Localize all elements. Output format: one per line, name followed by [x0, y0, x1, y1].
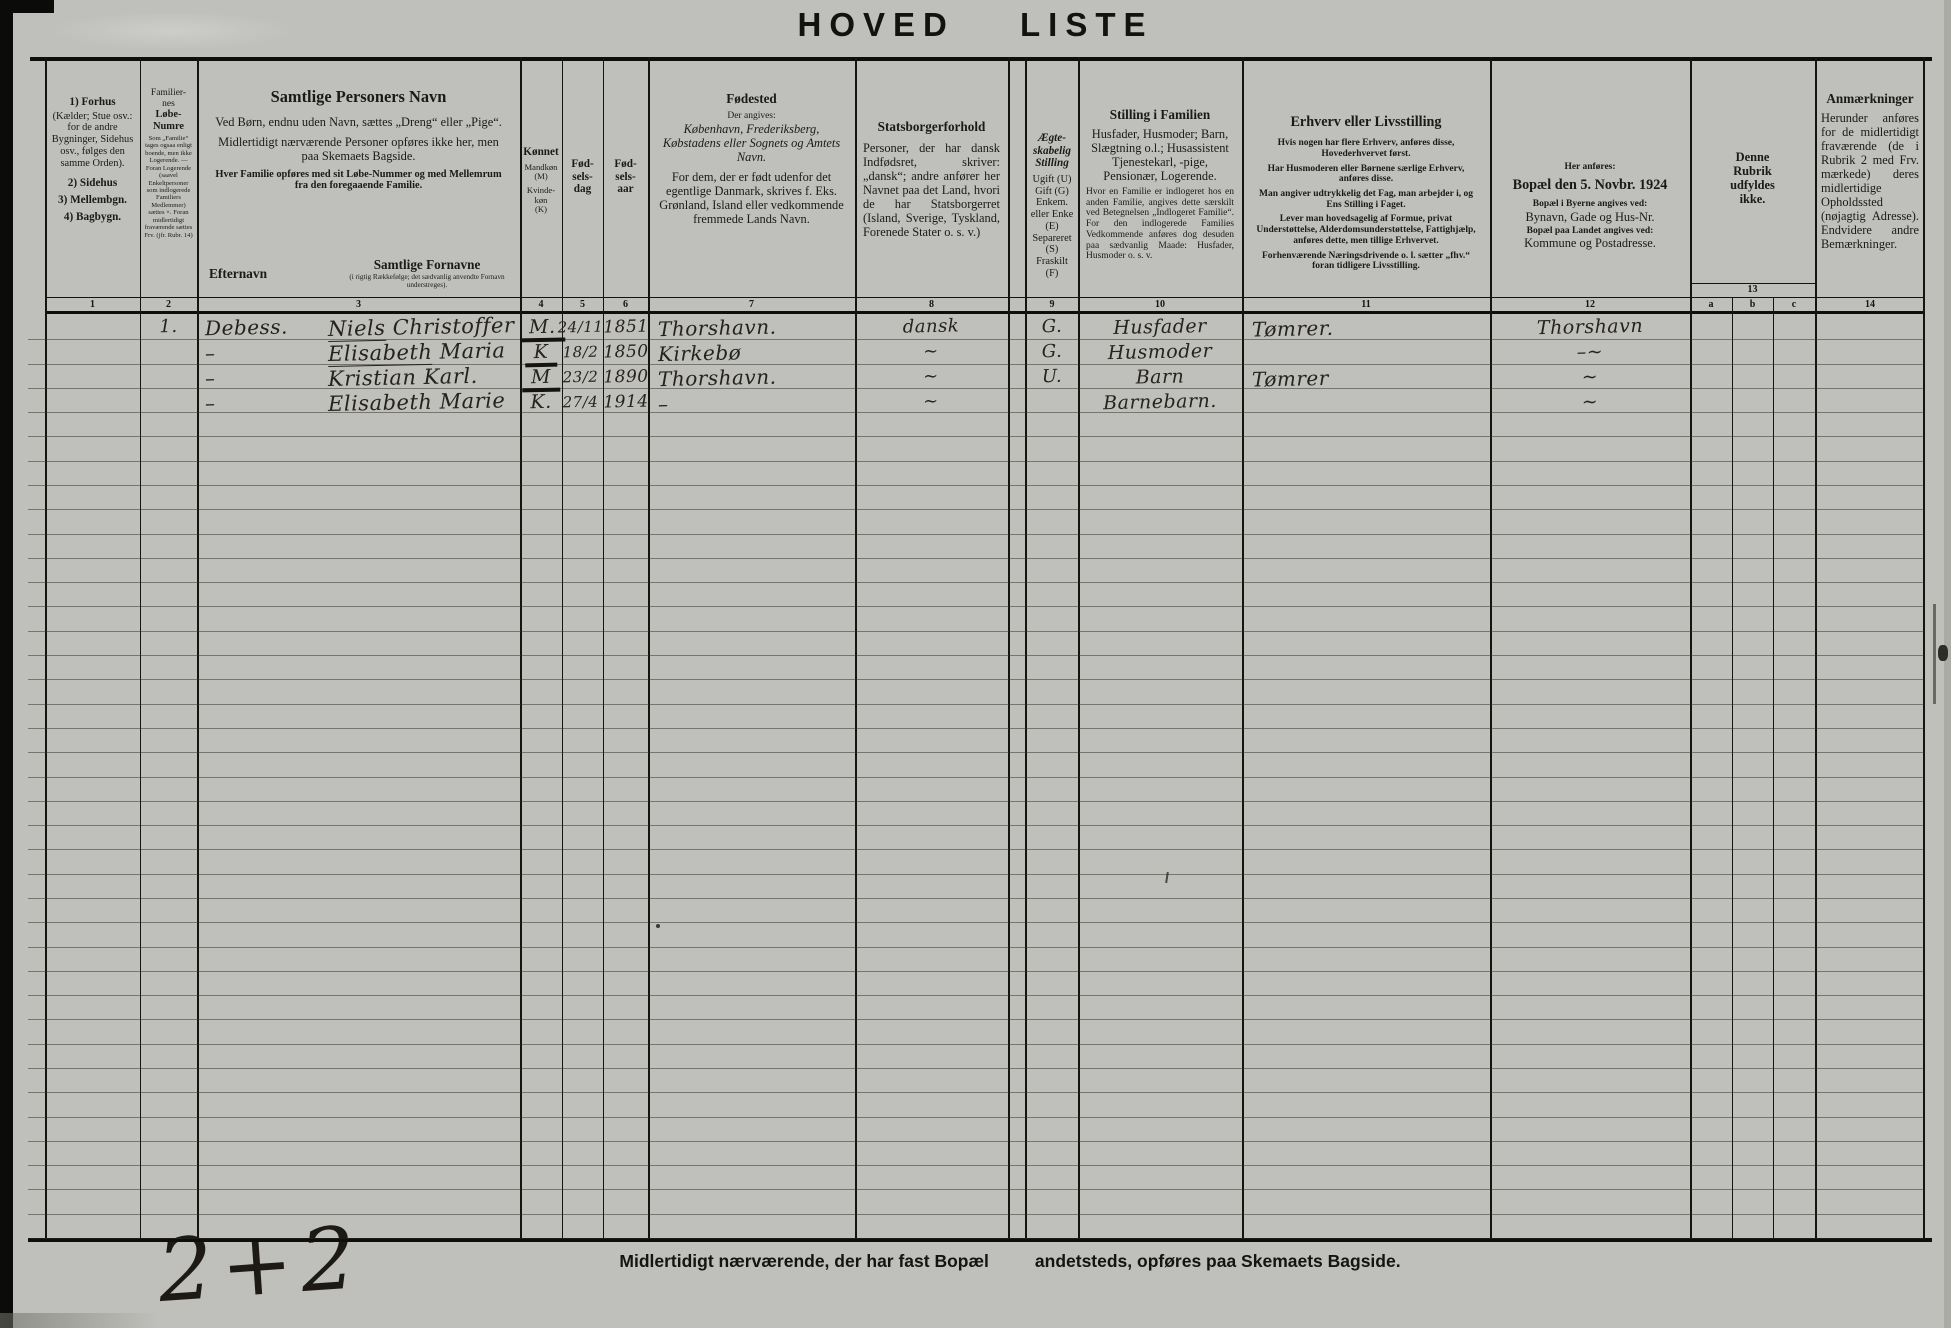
col7-p1: København, Frederiksberg, Købstadens ell… — [658, 122, 845, 164]
hw-erhverv: Tømrer. — [1252, 312, 1490, 343]
body-row-line — [28, 898, 1924, 899]
body-row-line — [28, 1189, 1924, 1190]
body-row-line — [28, 849, 1924, 850]
body-row-line — [28, 655, 1924, 656]
col11-header-erhverv: Erhverv eller Livsstilling Hvis nogen ha… — [1242, 62, 1490, 297]
hw-lobenr: 1. — [142, 313, 196, 340]
hw-aar: 1850 — [601, 338, 652, 365]
col7-header-fodested: Fødested Der angives: København, Frederi… — [648, 62, 855, 297]
hw-efternavn: – — [205, 338, 328, 367]
col7-p2: For dem, der er født udenfor det egentli… — [658, 170, 845, 226]
col6-header-fodselsaar: Fød- sels- aar — [603, 62, 648, 297]
table-vline — [1242, 57, 1244, 1238]
scan-blob — [1938, 645, 1948, 661]
table-vline — [520, 57, 522, 1238]
body-row-line — [28, 704, 1924, 705]
body-row-line — [28, 995, 1924, 996]
col1-item4: 4) Bagbygn. — [49, 211, 136, 224]
col2-title1: Familier- nes — [144, 88, 193, 109]
body-row-line — [28, 558, 1924, 559]
hw-stilling: Barnebarn. — [1078, 387, 1243, 416]
hw-aar: 1851 — [601, 313, 652, 340]
col9-p1: Ugift (U) Gift (G) Enkem. eller Enke (E)… — [1030, 174, 1074, 280]
body-row-line — [28, 1092, 1924, 1093]
col5-header-fodselsdag: Fød- sels- dag — [562, 62, 603, 297]
hw-aegteskab: U. — [1026, 363, 1079, 390]
col3-p3: Hver Familie opføres med sit Løbe-Nummer… — [211, 169, 506, 193]
hw-efternavn: – — [205, 388, 328, 417]
table-vline — [1773, 297, 1774, 1238]
col4-mandkon: Mandkøn (M) — [521, 163, 561, 182]
body-row-line — [28, 922, 1924, 923]
table-vline — [603, 57, 604, 1238]
col13-title: Denne Rubrik udfyldes ikke. — [1694, 150, 1811, 206]
page-title: HOVED LISTE — [0, 6, 1951, 44]
body-row-line — [28, 436, 1924, 437]
table-vline — [140, 57, 141, 1238]
hw-efternavn: – — [205, 363, 328, 392]
body-row-line — [28, 1068, 1924, 1069]
body-row-line — [28, 728, 1924, 729]
col13-sub-rule — [1690, 283, 1815, 284]
table-vline — [1008, 57, 1010, 1238]
col5-title: Fød- sels- dag — [566, 158, 599, 196]
col9-title: Ægte- skabelig Stilling — [1030, 132, 1074, 170]
tally-handwritten: 2+2 — [155, 1215, 366, 1315]
col10-header-stilling: Stilling i Familien Husfader, Husmoder; … — [1078, 62, 1242, 297]
table-vline — [1025, 57, 1027, 1238]
col8-title: Statsborgerforhold — [863, 120, 1000, 135]
table-vline — [1732, 297, 1733, 1238]
hw-dag: 27/4 — [557, 389, 605, 416]
body-row-line — [28, 509, 1924, 510]
hw-efternavn: Debess. — [205, 313, 328, 342]
census-form-scan: HOVED LISTE 1) Forhus (Kælder; Stue osv.… — [0, 0, 1951, 1328]
body-row-line — [28, 1238, 1924, 1239]
table-vline — [197, 57, 199, 1238]
col3-fornavne-note: (i rigtig Rækkefølge; det sædvanlig anve… — [347, 273, 507, 289]
col1-header-forhus: 1) Forhus (Kælder; Stue osv.: for de and… — [45, 62, 140, 297]
col11-p1: Hvis nogen har flere Erhverv, anføres di… — [1254, 138, 1478, 159]
col4-header-konnet: Kønnet Mandkøn (M) Kvinde- køn (K) — [520, 62, 562, 297]
footer-note: Midlertidigt nærværende, der har fast Bo… — [540, 1251, 1480, 1272]
body-row-line — [28, 485, 1924, 486]
body-row-line — [28, 606, 1924, 607]
table-vline — [648, 57, 650, 1238]
body-row-line — [28, 777, 1924, 778]
hw-bopael: ∼ — [1490, 387, 1691, 417]
hw-statsborger: ∼ — [855, 387, 1008, 416]
col12-p2: Bynavn, Gade og Hus-Nr. — [1500, 210, 1680, 224]
col12-p4: Kommune og Postadresse. — [1500, 236, 1680, 250]
body-row-line — [28, 1044, 1924, 1045]
body-row-line — [28, 947, 1924, 948]
hw-dag: 24/11 — [557, 314, 605, 341]
col4-kvindekon: Kvinde- køn (K) — [521, 186, 561, 215]
col12-p3: Bopæl paa Landet angives ved: — [1500, 226, 1680, 237]
col11-p4: Lever man hovedsagelig af Formue, privat… — [1254, 214, 1478, 246]
col11-p2: Har Husmoderen eller Børnene særlige Erh… — [1254, 164, 1478, 185]
scan-bottom-shadow — [0, 1313, 160, 1328]
col1-item1: 1) Forhus — [49, 96, 136, 109]
col14-header-anmaerkninger: Anmærkninger Herunder anføres for de mid… — [1815, 62, 1925, 297]
body-row-line — [28, 1165, 1924, 1166]
body-row-line — [28, 679, 1924, 680]
col1-item3: 3) Mellembgn. — [49, 194, 136, 207]
hw-fornavne-underlined: Elisabeth — [328, 340, 433, 367]
table-vline — [45, 57, 47, 1238]
col4-title: Kønnet — [521, 146, 561, 159]
body-row-line — [28, 1019, 1924, 1020]
col8-header-statsborgerforhold: Statsborgerforhold Personer, der har dan… — [855, 62, 1008, 297]
col12-sub: Her anføres: — [1500, 162, 1680, 173]
hw-aar: 1890 — [601, 363, 652, 390]
hw-aegteskab: G. — [1026, 313, 1079, 340]
header-number-rule — [45, 297, 1924, 298]
body-row-line — [28, 801, 1924, 802]
col1-item1-note: (Kælder; Stue osv.: for de andre Bygning… — [49, 111, 136, 170]
col6-title: Fød- sels- aar — [607, 158, 644, 196]
footer-note-right: andetsteds, opføres paa Skemaets Bagside… — [1035, 1251, 1401, 1272]
col3-fornavne-label: Samtlige Fornavne — [347, 258, 507, 273]
table-vline — [1923, 57, 1925, 1238]
table-vline — [562, 57, 563, 1238]
col12-p1: Bopæl i Byerne angives ved: — [1500, 199, 1680, 210]
body-row-line — [28, 825, 1924, 826]
hw-erhverv: Tømrer — [1252, 362, 1490, 393]
table-vline — [1815, 57, 1817, 1238]
body-row-line — [28, 1117, 1924, 1118]
body-row-line — [28, 1214, 1924, 1215]
hw-aegteskab: G. — [1026, 338, 1079, 365]
col3-title: Samtlige Personers Navn — [211, 88, 506, 107]
body-row-line — [28, 1141, 1924, 1142]
col3-p1: Ved Børn, endnu uden Navn, sættes „Dreng… — [211, 115, 506, 129]
col14-title: Anmærkninger — [1821, 92, 1919, 107]
table-top-rule — [30, 57, 1932, 61]
table-vline — [1490, 57, 1492, 1238]
col3-fornavne-block: Samtlige Fornavne (i rigtig Rækkefølge; … — [347, 258, 507, 289]
hw-aar: 1914 — [601, 388, 652, 415]
col10-p2: Hvor en Familie er indlogeret hos en and… — [1086, 187, 1234, 262]
body-row-line — [28, 752, 1924, 753]
colnum-13: 13 — [1690, 284, 1815, 297]
body-row-line — [28, 582, 1924, 583]
col11-p5: Forhenværende Næringsdrivende o. l. sætt… — [1254, 251, 1478, 272]
hw-dag: 18/2 — [557, 339, 605, 366]
scan-streak — [1933, 604, 1936, 704]
scan-left-edge — [0, 0, 13, 1328]
col7-title: Fødested — [658, 92, 845, 107]
col13-header-rubrik: Denne Rubrik udfyldes ikke. — [1690, 62, 1815, 297]
body-row-line — [28, 534, 1924, 535]
col8-p1: Personer, der har dansk Indfødsret, skri… — [863, 141, 1000, 239]
body-row-line — [28, 971, 1924, 972]
col2-title2: Løbe- Numre — [144, 109, 193, 133]
col3-header-navn: Samtlige Personers Navn Ved Børn, endnu … — [197, 62, 520, 297]
col7-sub: Der angives: — [658, 111, 845, 122]
col12-title: Bopæl den 5. Novbr. 1924 — [1500, 177, 1680, 193]
ink-speck — [656, 924, 660, 928]
col11-p3: Man angiver udtrykkelig det Fag, man arb… — [1254, 189, 1478, 210]
hw-dag: 23/2 — [557, 364, 605, 391]
hw-fornavne-underlined: Niels — [328, 316, 386, 342]
col1-item2: 2) Sidehus — [49, 177, 136, 190]
table-vline — [855, 57, 857, 1238]
col10-p1: Husfader, Husmoder; Barn, Slægtning o.l.… — [1086, 127, 1234, 183]
body-row-line — [28, 631, 1924, 632]
col12-header-bopael: Her anføres: Bopæl den 5. Novbr. 1924 Bo… — [1490, 62, 1690, 297]
body-row-line — [28, 874, 1924, 875]
footer-note-left: Midlertidigt nærværende, der har fast Bo… — [619, 1251, 989, 1272]
col3-p2: Midlertidigt nærværende Personer opføres… — [211, 135, 506, 163]
table-vline — [1690, 57, 1692, 1238]
table-vline — [1078, 57, 1080, 1238]
col2-header-lobenumre: Familier- nes Løbe- Numre Som „Familie“ … — [140, 62, 197, 297]
hw-fodested: – — [658, 387, 857, 417]
col2-smallprint: Som „Familie“ tages ogsaa enligt boende,… — [144, 135, 193, 239]
scan-right-edge — [1944, 0, 1951, 1328]
col9-header-aegteskabelig: Ægte- skabelig Stilling Ugift (U) Gift (… — [1026, 62, 1078, 297]
col10-title: Stilling i Familien — [1086, 108, 1234, 123]
col14-p1: Herunder anføres for de midlertidigt fra… — [1821, 111, 1919, 251]
col11-title: Erhverv eller Livsstilling — [1254, 114, 1478, 130]
col3-efternavn-label: Efternavn — [209, 266, 267, 281]
body-row-line — [28, 461, 1924, 462]
hw-fornavne: Elisabeth Marie — [328, 387, 521, 417]
